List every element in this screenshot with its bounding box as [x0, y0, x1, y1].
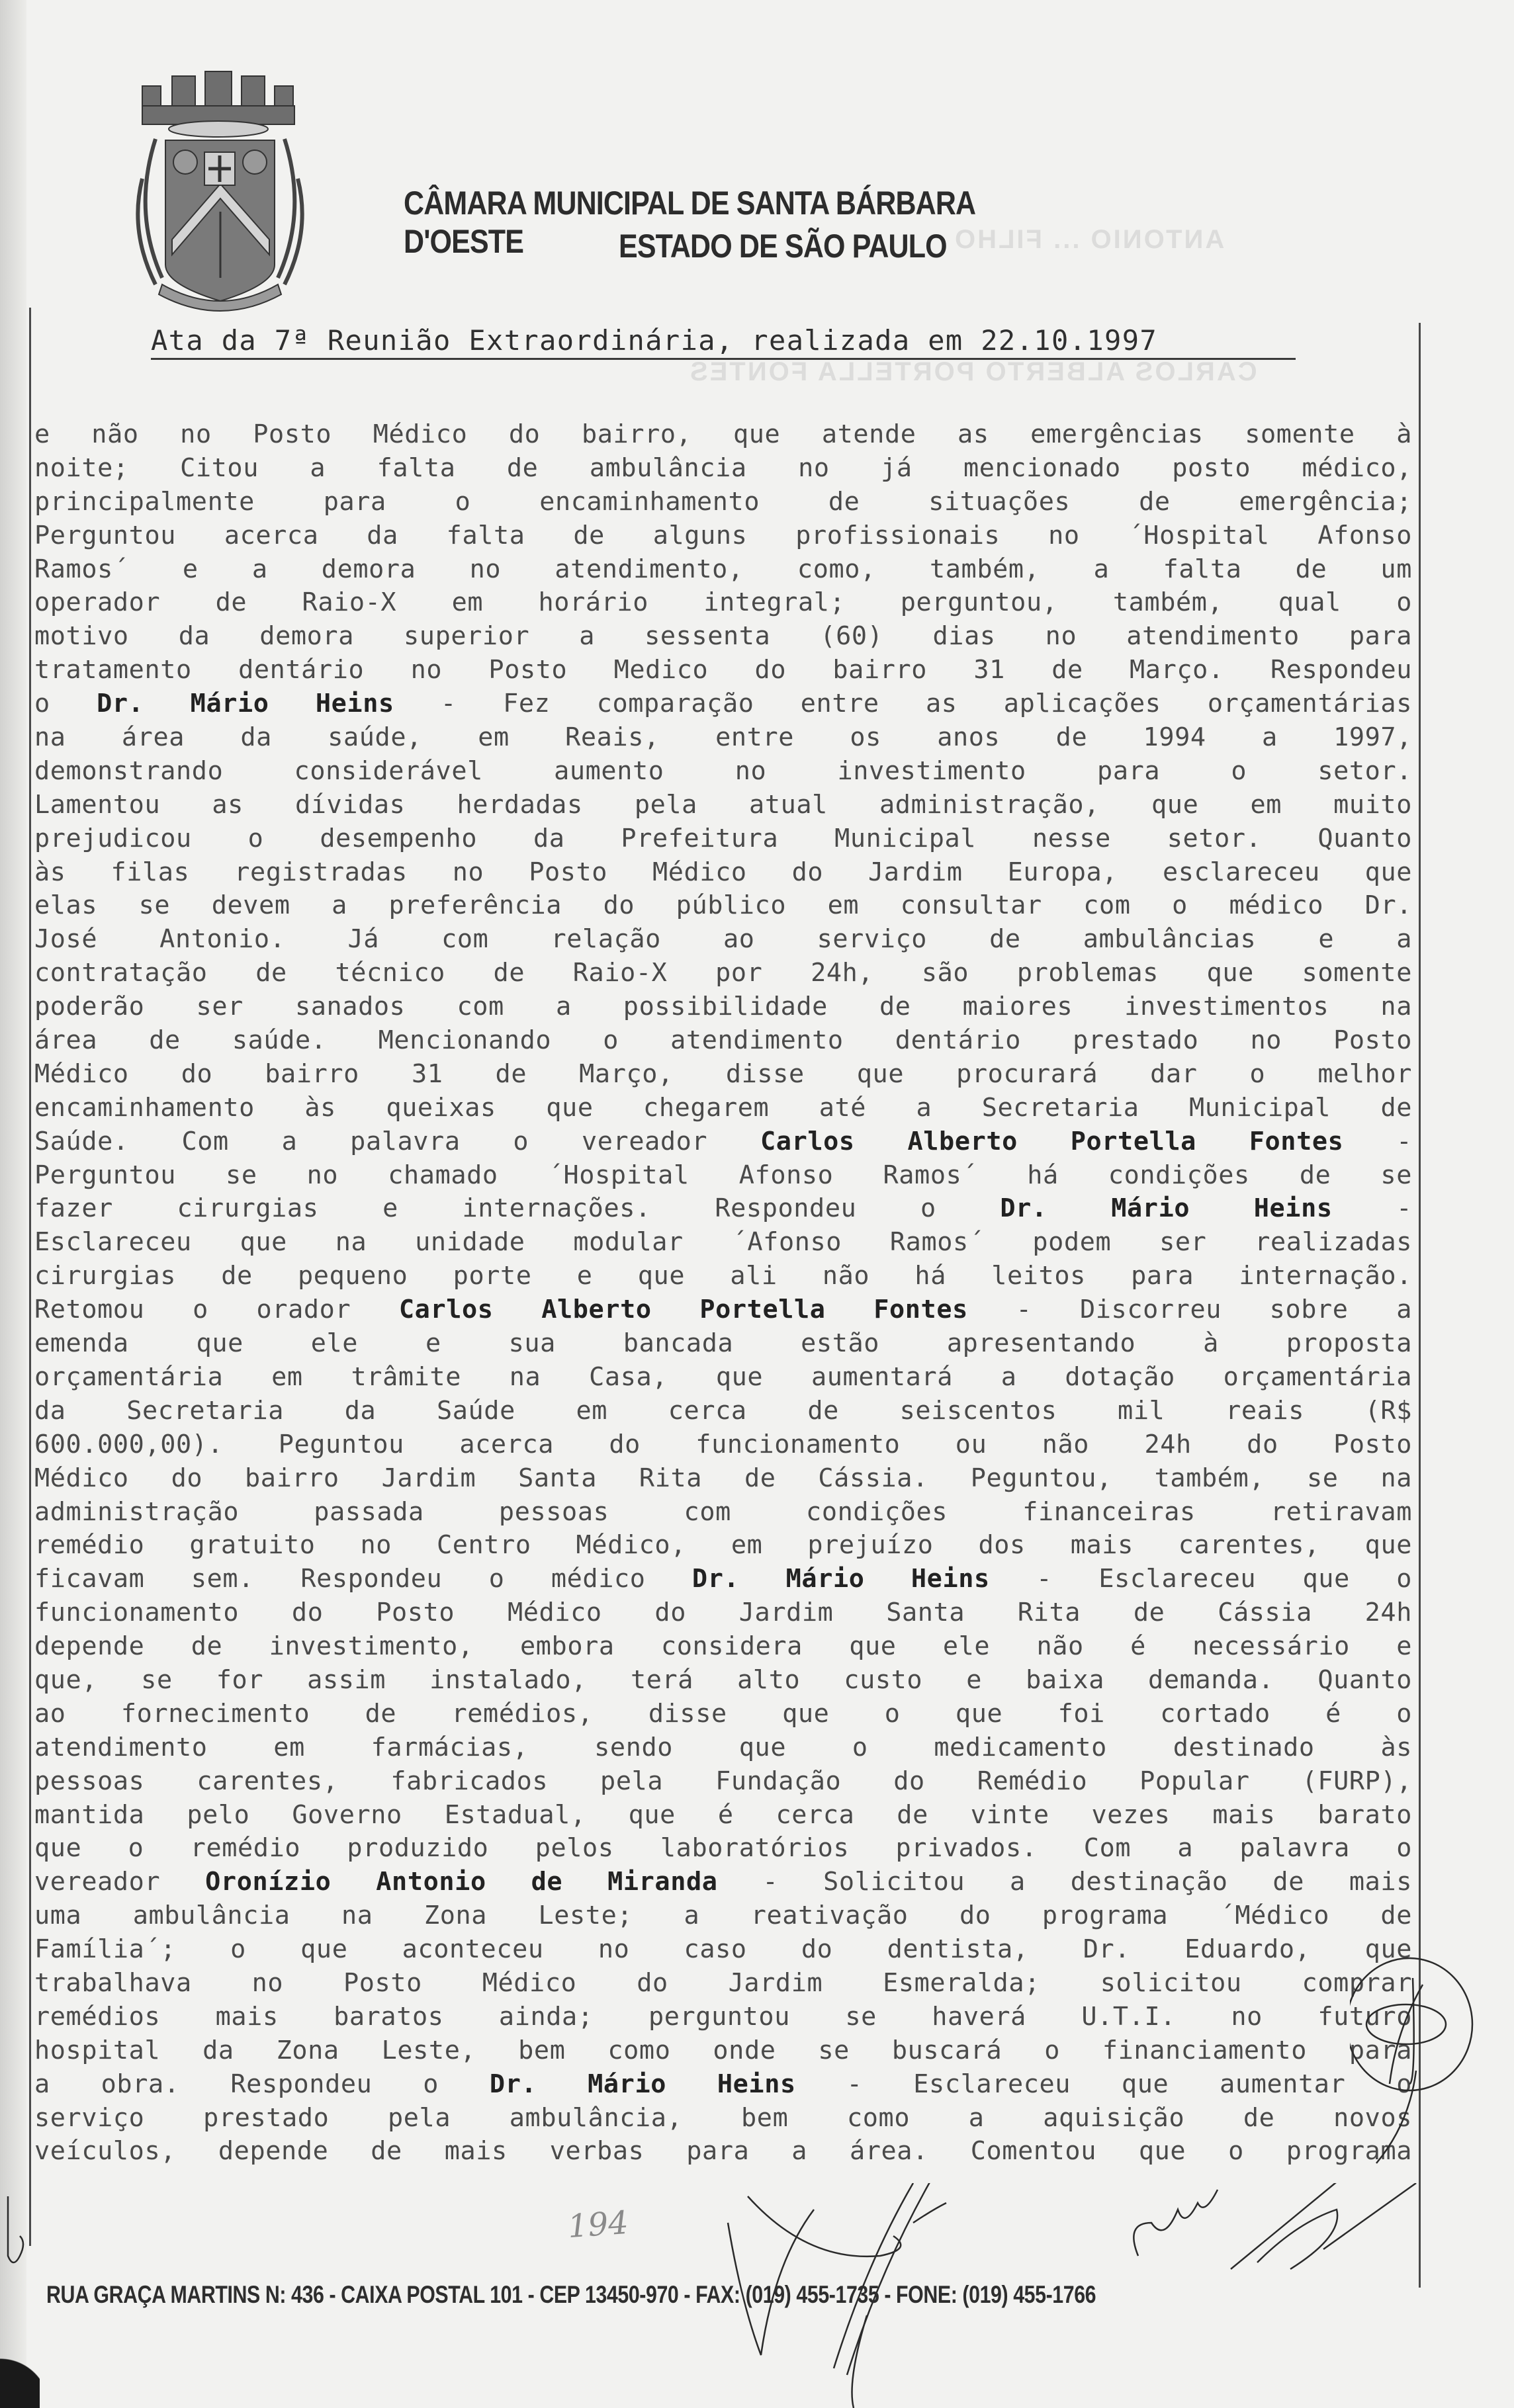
line-text: atendimento em farmácias, sendo que o me… — [34, 1733, 1412, 1762]
text-line: motivo da demora superior a sessenta (60… — [34, 620, 1412, 654]
line-text: operador de Raio-X em horário integral; … — [34, 587, 1412, 617]
text-line: às filas registradas no Posto Médico do … — [34, 856, 1412, 890]
text-line: a obra. Respondeu o Dr. Mário Heins - Es… — [34, 2068, 1412, 2102]
text-line: administração passada pessoas com condiç… — [34, 1496, 1412, 1529]
text-line: depende de investimento, embora consider… — [34, 1630, 1412, 1664]
line-text: remédio gratuito no Centro Médico, em pr… — [34, 1530, 1412, 1560]
text-line: emenda que ele e sua bancada estão apres… — [34, 1327, 1412, 1361]
line-text: funcionamento do Posto Médico do Jardim … — [34, 1598, 1412, 1627]
text-line: o Dr. Mário Heins - Fez comparação entre… — [34, 687, 1412, 721]
line-text: - Esclareceu que o — [990, 1564, 1412, 1594]
text-line: 600.000,00). Peguntou acerca do funciona… — [34, 1428, 1412, 1462]
line-text: da Secretaria da Saúde em cerca de seisc… — [34, 1396, 1412, 1426]
line-text: elas se devem a preferência do público e… — [34, 890, 1412, 920]
line-text: Retomou o orador — [34, 1295, 399, 1324]
text-line: poderão ser sanados com a possibilidade … — [34, 990, 1412, 1024]
text-line: ao fornecimento de remédios, disse que o… — [34, 1698, 1412, 1731]
text-line: atendimento em farmácias, sendo que o me… — [34, 1731, 1412, 1765]
line-text: - Fez comparação entre as aplicações orç… — [394, 689, 1412, 718]
line-text: Família´; o que aconteceu no caso do den… — [34, 1934, 1412, 1964]
line-text: Médico do bairro 31 de Março, disse que … — [34, 1059, 1412, 1089]
text-line: na área da saúde, em Reais, entre os ano… — [34, 721, 1412, 755]
text-line: tratamento dentário no Posto Medico do b… — [34, 654, 1412, 687]
line-text: ao fornecimento de remédios, disse que o… — [34, 1699, 1412, 1729]
text-line: orçamentária em trâmite na Casa, que aum… — [34, 1361, 1412, 1395]
line-text: uma ambulância na Zona Leste; a reativaç… — [34, 1901, 1412, 1930]
speaker-name: Dr. Mário Heins — [97, 689, 394, 718]
line-text: fazer cirurgias e internações. Respondeu… — [34, 1193, 1000, 1223]
line-text: poderão ser sanados com a possibilidade … — [34, 992, 1412, 1021]
line-text: Esclareceu que na unidade modular ´Afons… — [34, 1227, 1412, 1257]
text-line: Médico do bairro 31 de Março, disse que … — [34, 1058, 1412, 1092]
line-text: contratação de técnico de Raio-X por 24h… — [34, 958, 1412, 988]
line-text: - Discorreu sobre a — [968, 1295, 1412, 1324]
line-text: Médico do bairro Jardim Santa Rita de Cá… — [34, 1463, 1412, 1493]
line-text: o — [34, 689, 97, 718]
line-text: noite; Citou a falta de ambulância no já… — [34, 453, 1412, 483]
line-text: hospital da Zona Leste, bem como onde se… — [34, 2036, 1412, 2065]
text-line: Perguntou acerca da falta de alguns prof… — [34, 519, 1412, 553]
line-text: - — [1343, 1127, 1412, 1156]
text-line: Lamentou as dívidas herdadas pela atual … — [34, 789, 1412, 822]
speaker-name: Dr. Mário Heins — [692, 1564, 990, 1594]
line-text: trabalhava no Posto Médico do Jardim Esm… — [34, 1968, 1412, 1998]
text-line: área de saúde. Mencionando o atendimento… — [34, 1024, 1412, 1058]
line-text: pessoas carentes, fabricados pela Fundaç… — [34, 1766, 1412, 1796]
line-text: - Esclareceu que aumentar o — [796, 2069, 1412, 2099]
document-title: Ata da 7ª Reunião Extraordinária, realiz… — [151, 324, 1296, 360]
text-line: serviço prestado pela ambulância, bem co… — [34, 2102, 1412, 2135]
text-line: remédio gratuito no Centro Médico, em pr… — [34, 1529, 1412, 1563]
line-text: a obra. Respondeu o — [34, 2069, 490, 2099]
stamp-watermark: ANTONIO ... FILHO — [953, 225, 1224, 255]
line-text: Lamentou as dívidas herdadas pela atual … — [34, 790, 1412, 820]
text-line: demonstrando considerável aumento no inv… — [34, 755, 1412, 789]
text-line: remédios mais baratos ainda; perguntou s… — [34, 2000, 1412, 2034]
line-text: Perguntou se no chamado ´Hospital Afonso… — [34, 1160, 1412, 1190]
text-line: prejudicou o desempenho da Prefeitura Mu… — [34, 822, 1412, 856]
text-line: Esclareceu que na unidade modular ´Afons… — [34, 1226, 1412, 1260]
text-line: trabalhava no Posto Médico do Jardim Esm… — [34, 1967, 1412, 2000]
line-text: - — [1333, 1193, 1412, 1223]
speaker-name: Carlos Alberto Portella Fontes — [760, 1127, 1343, 1156]
line-text: tratamento dentário no Posto Medico do b… — [34, 655, 1412, 685]
text-line: elas se devem a preferência do público e… — [34, 889, 1412, 923]
speaker-name: Dr. Mário Heins — [1000, 1193, 1332, 1223]
line-text: às filas registradas no Posto Médico do … — [34, 857, 1412, 887]
text-line: que o remédio produzido pelos laboratóri… — [34, 1832, 1412, 1866]
footer-address: RUA GRAÇA MARTINS N: 436 - CAIXA POSTAL … — [46, 2281, 1180, 2309]
text-line: encaminhamento às queixas que chegarem a… — [34, 1092, 1412, 1125]
municipal-coat-of-arms-icon — [116, 66, 324, 314]
text-line: cirurgias de pequeno porte e que ali não… — [34, 1260, 1412, 1293]
line-text: remédios mais baratos ainda; perguntou s… — [34, 2002, 1412, 2032]
handwritten-page-number: 194 — [566, 2204, 629, 2245]
signature-2 — [1125, 2183, 1423, 2282]
text-line: veículos, depende de mais verbas para a … — [34, 2135, 1412, 2169]
line-text: vereador — [34, 1867, 205, 1897]
line-text: demonstrando considerável aumento no inv… — [34, 756, 1412, 786]
line-text: encaminhamento às queixas que chegarem a… — [34, 1093, 1412, 1123]
text-line: ficavam sem. Respondeu o médico Dr. Mári… — [34, 1563, 1412, 1596]
line-text: Perguntou acerca da falta de alguns prof… — [34, 521, 1412, 550]
stamp-watermark: CARLOS ALBERTO PORTELLA FONTES — [688, 357, 1257, 387]
text-line: Retomou o orador Carlos Alberto Portella… — [34, 1293, 1412, 1327]
line-text: prejudicou o desempenho da Prefeitura Mu… — [34, 824, 1412, 853]
speaker-name: Oronízio Antonio de Miranda — [205, 1867, 717, 1897]
line-text: e não no Posto Médico do bairro, que ate… — [34, 419, 1412, 449]
text-line: que, se for assim instalado, terá alto c… — [34, 1664, 1412, 1698]
text-line: vereador Oronízio Antonio de Miranda - S… — [34, 1866, 1412, 1899]
line-text: ficavam sem. Respondeu o médico — [34, 1564, 692, 1594]
text-line: operador de Raio-X em horário integral; … — [34, 586, 1412, 620]
page-edge-shadow — [0, 0, 26, 2408]
minutes-body: e não no Posto Médico do bairro, que ate… — [34, 418, 1412, 2169]
line-text: - Solicitou a destinação de mais — [718, 1867, 1412, 1897]
line-text: motivo da demora superior a sessenta (60… — [34, 621, 1412, 651]
page-corner-shadow — [0, 2329, 40, 2408]
line-text: veículos, depende de mais verbas para a … — [34, 2136, 1412, 2166]
text-line: Médico do bairro Jardim Santa Rita de Cá… — [34, 1462, 1412, 1496]
line-text: depende de investimento, embora consider… — [34, 1631, 1412, 1661]
line-text: que o remédio produzido pelos laboratóri… — [34, 1833, 1412, 1863]
line-text: na área da saúde, em Reais, entre os ano… — [34, 722, 1412, 752]
left-margin-rule — [29, 308, 31, 2246]
line-text: principalmente para o encaminhamento de … — [34, 487, 1412, 517]
speaker-name: Carlos Alberto Portella Fontes — [399, 1295, 968, 1324]
line-text: área de saúde. Mencionando o atendimento… — [34, 1025, 1412, 1055]
text-line: mantida pelo Governo Estadual, que é cer… — [34, 1799, 1412, 1832]
speaker-name: Dr. Mário Heins — [490, 2069, 796, 2099]
line-text: cirurgias de pequeno porte e que ali não… — [34, 1261, 1412, 1291]
text-line: e não no Posto Médico do bairro, que ate… — [34, 418, 1412, 452]
line-text: mantida pelo Governo Estadual, que é cer… — [34, 1800, 1412, 1830]
line-text: Saúde. Com a palavra o vereador — [34, 1127, 760, 1156]
text-line: fazer cirurgias e internações. Respondeu… — [34, 1192, 1412, 1226]
right-margin-rule — [1419, 323, 1421, 2288]
text-line: da Secretaria da Saúde em cerca de seisc… — [34, 1395, 1412, 1428]
line-text: Ramos´ e a demora no atendimento, como, … — [34, 554, 1412, 584]
line-text: que, se for assim instalado, terá alto c… — [34, 1665, 1412, 1695]
text-line: hospital da Zona Leste, bem como onde se… — [34, 2034, 1412, 2068]
text-line: Família´; o que aconteceu no caso do den… — [34, 1933, 1412, 1967]
line-text: emenda que ele e sua bancada estão apres… — [34, 1328, 1412, 1358]
text-line: principalmente para o encaminhamento de … — [34, 486, 1412, 519]
text-line: José Antonio. Já com relação ao serviço … — [34, 923, 1412, 957]
text-line: noite; Citou a falta de ambulância no já… — [34, 452, 1412, 486]
text-line: uma ambulância na Zona Leste; a reativaç… — [34, 1899, 1412, 1933]
line-text: serviço prestado pela ambulância, bem co… — [34, 2103, 1412, 2133]
text-line: Perguntou se no chamado ´Hospital Afonso… — [34, 1159, 1412, 1193]
text-line: Ramos´ e a demora no atendimento, como, … — [34, 553, 1412, 587]
text-line: Saúde. Com a palavra o vereador Carlos A… — [34, 1125, 1412, 1159]
line-text: administração passada pessoas com condiç… — [34, 1497, 1412, 1527]
text-line: pessoas carentes, fabricados pela Fundaç… — [34, 1765, 1412, 1799]
text-line: contratação de técnico de Raio-X por 24h… — [34, 957, 1412, 990]
line-text: orçamentária em trâmite na Casa, que aum… — [34, 1362, 1412, 1392]
text-line: funcionamento do Posto Médico do Jardim … — [34, 1596, 1412, 1630]
line-text: José Antonio. Já com relação ao serviço … — [34, 924, 1412, 954]
line-text: 600.000,00). Peguntou acerca do funciona… — [34, 1430, 1412, 1459]
